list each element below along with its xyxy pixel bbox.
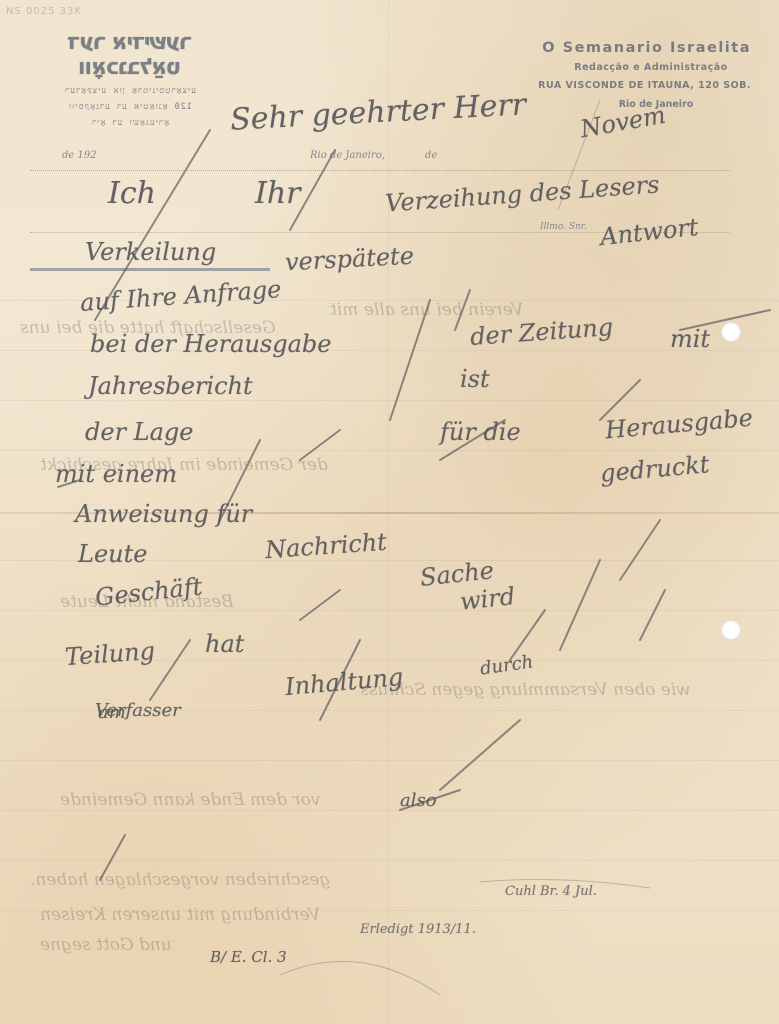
handwriting-line: Anweisung für <box>75 500 252 528</box>
backside-text: wie oben Versammlung gegen Schluss <box>360 680 691 700</box>
handwriting-line: hat <box>205 630 244 658</box>
handwriting-line: mit <box>670 325 710 353</box>
handwriting-line: durch <box>479 651 535 679</box>
handwriting-line: Leute <box>78 540 147 568</box>
punch-hole-top <box>721 322 741 342</box>
ruled-line <box>0 810 779 811</box>
handwriting-line: Ihr <box>255 176 301 211</box>
letterhead-title: O Semanario Israelita <box>521 40 751 56</box>
handwriting-line: Jahresbericht <box>88 372 253 400</box>
handwriting-line: bei der Herausgabe <box>90 330 331 358</box>
handwriting-line: am <box>98 702 126 723</box>
letterhead-address: RUA VISCONDE DE ITAUNA, 120 SOB. <box>521 80 751 91</box>
handwriting-line: auf Ihre Anfrage <box>79 275 282 317</box>
annotation-right: Cuhl Br. 4 Jul. <box>505 884 597 899</box>
backside-text: Verbindung mit unseren Kreisen <box>40 905 320 925</box>
handwriting-line: Antwort <box>599 213 700 251</box>
ruled-line <box>0 450 779 451</box>
handwriting-line: Nachricht <box>264 528 388 564</box>
date-year-print: de 192 <box>62 150 97 161</box>
signature-mark: B/ E. Cl. 3 <box>210 948 287 966</box>
backside-text: geschrieben vorgeschlagen haben. <box>30 870 330 890</box>
letterhead-subtitle: Redacção e Administração <box>521 62 751 73</box>
letter-page: NS 0025 33K דער אידישער וואָכנבלאַט רעדא… <box>0 0 779 1024</box>
letterhead-logo: דער אידישער וואָכנבלאַט <box>40 30 220 80</box>
backside-text: vor dem Ende kann Gemeinde <box>60 790 320 810</box>
letterhead-left-line-1: רעדאַקציע און אַדמיניסטראַציע <box>40 85 220 96</box>
handwriting-line: wird <box>459 582 517 616</box>
handwriting-line: verspätete <box>284 242 414 277</box>
letterhead-right: O Semanario Israelita Redacção e Adminis… <box>521 40 751 110</box>
letterhead-left-line-3: ריאָ דע זשאַנעיראָ <box>40 117 220 128</box>
handwriting-line: der Lage <box>85 418 193 446</box>
handwriting-salutation: Sehr geehrter Herr <box>229 87 527 137</box>
handwriting-line: gedruckt <box>599 450 711 487</box>
archive-number: NS 0025 33K <box>6 6 82 17</box>
handwriting-line: Verkeilung <box>85 238 216 266</box>
heading-rule <box>30 268 270 271</box>
handwriting-line: also <box>400 790 437 811</box>
handwriting-line: für die <box>440 418 521 446</box>
ruled-line <box>0 760 779 761</box>
handwriting-line: ist <box>460 365 490 393</box>
letterhead-left: דער אידישער וואָכנבלאַט רעדאַקציע און אַ… <box>40 30 220 128</box>
ruled-line <box>0 400 779 401</box>
backside-text: Verein bei uns alle mit <box>330 300 523 320</box>
letterhead-left-line-2: 120 וויסקאָנדע דע איטאַונאַ <box>40 101 220 112</box>
date-line <box>30 170 730 171</box>
handwriting-line: Teilung <box>64 637 156 671</box>
handwriting-line: Herausgabe <box>604 404 754 445</box>
handwriting-line: Verzeihung des Lesers <box>384 170 660 217</box>
backside-text: und Gott segne <box>40 935 172 955</box>
handwriting-line: mit einem <box>55 460 177 488</box>
addressee-prefix-print: Illmo. Snr. <box>540 222 587 232</box>
handwriting-line: Ich <box>108 176 156 211</box>
date-de-print: de <box>425 150 437 161</box>
annotation-date: Erledigt 1913/11. <box>360 922 476 937</box>
punch-hole-bottom <box>721 620 741 640</box>
date-city-print: Rio de Janeiro, <box>310 150 385 161</box>
ruled-line <box>0 860 779 861</box>
vertical-fold-crease <box>388 0 389 1024</box>
